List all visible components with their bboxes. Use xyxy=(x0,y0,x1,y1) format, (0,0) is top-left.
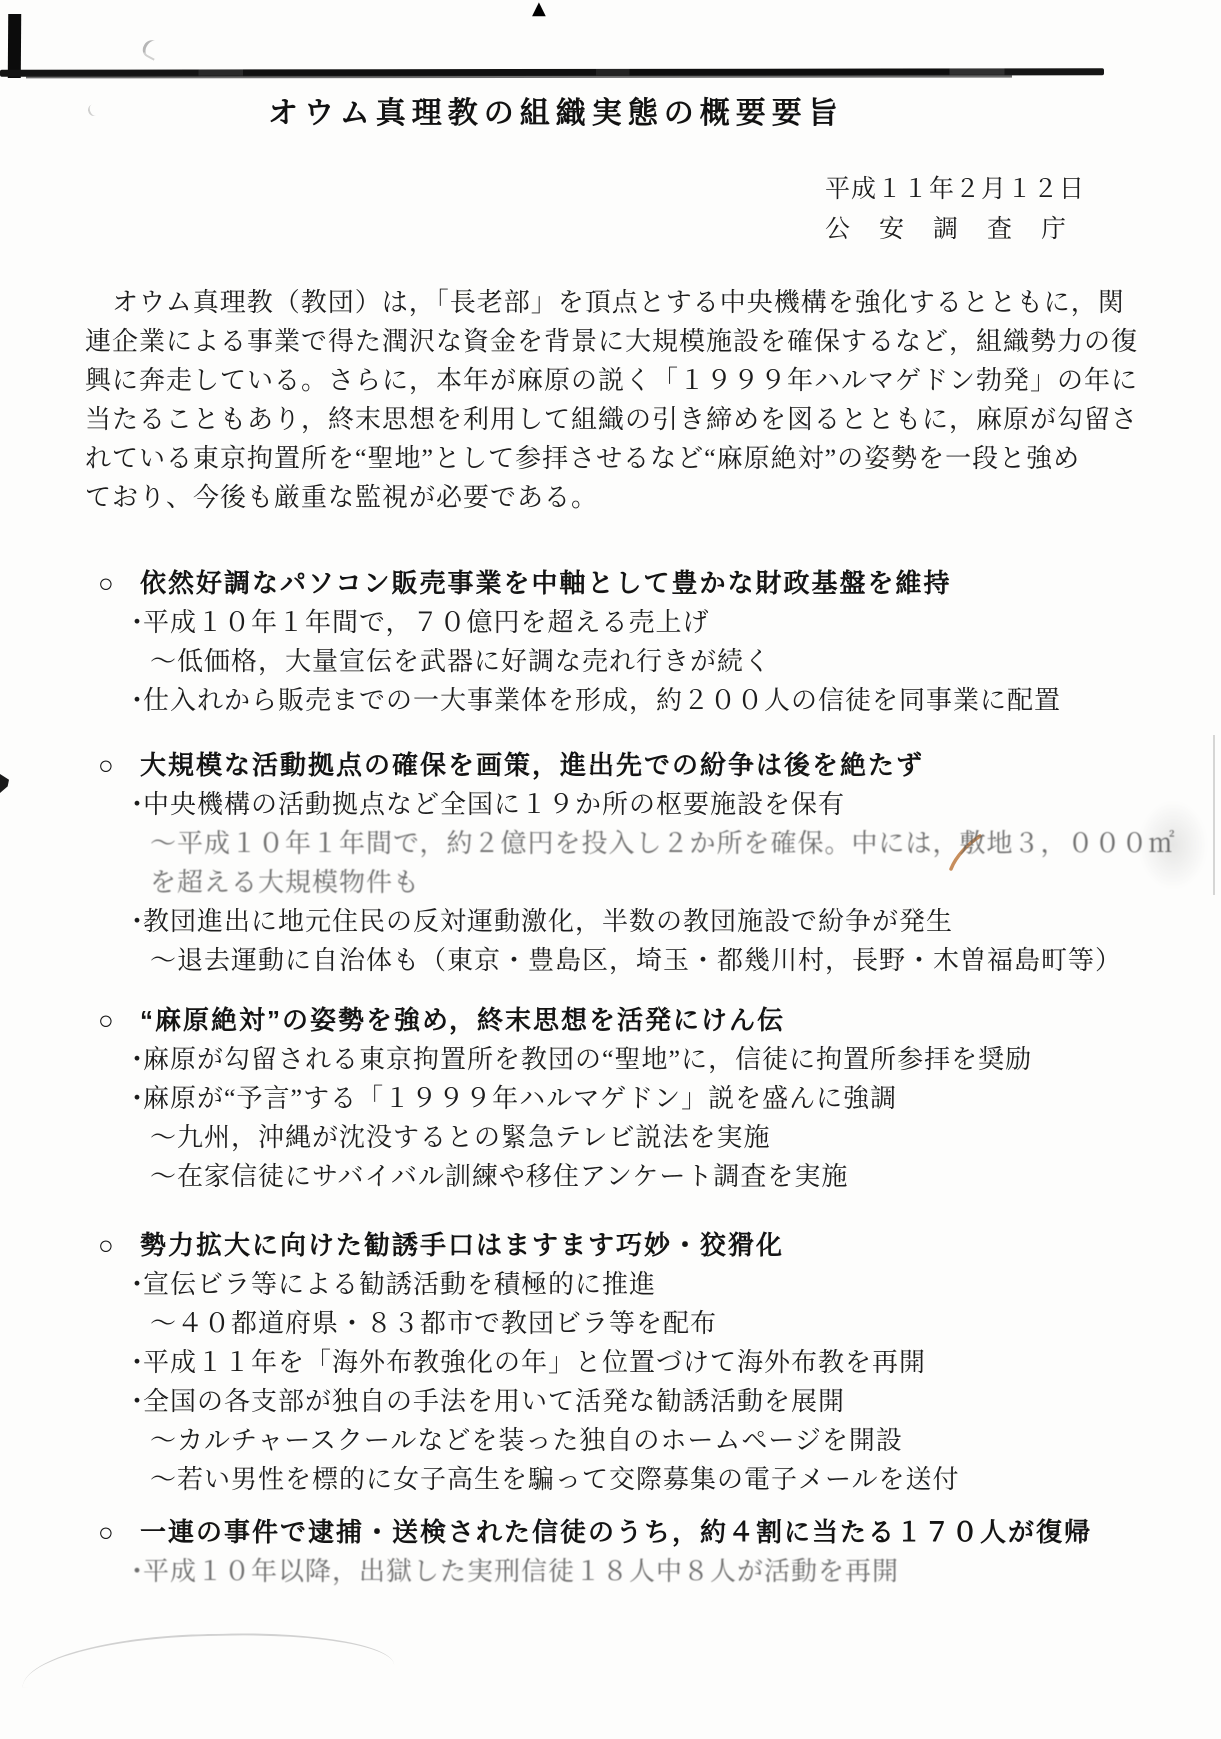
section-heading: ○大規模な活動拠点の確保を画策，進出先での紛争は後を絶たず xyxy=(98,745,1183,785)
section-heading: ○“麻原絶対”の姿勢を強め，終末思想を活発にけん伝 xyxy=(98,1000,1183,1040)
item-text: を超える大規模物件も xyxy=(150,868,420,897)
section-bullet-circle-icon: ○ xyxy=(98,1000,114,1040)
item-bullet-icon: ・ xyxy=(124,785,151,824)
item-bullet-icon: ・ xyxy=(124,1265,151,1304)
section-heading-text: 大規模な活動拠点の確保を画策，進出先での紛争は後を絶たず xyxy=(140,750,924,780)
section-item: ・麻原が“予言”する「１９９９年ハルマゲドン」説を盛んに強調 xyxy=(98,1079,1183,1118)
section-item: ～退去運動に自治体も（東京・豊島区，埼玉・都幾川村，長野・木曽福島町等） xyxy=(98,941,1183,980)
item-bullet-icon: ・ xyxy=(124,681,151,720)
item-bullet-icon: ・ xyxy=(124,1343,151,1382)
section-bullet-circle-icon: ○ xyxy=(98,1225,114,1265)
section-2: ○大規模な活動拠点の確保を画策，進出先での紛争は後を絶たず・中央機構の活動拠点な… xyxy=(98,745,1183,980)
section-item: ・麻原が勾留される東京拘置所を教団の“聖地”に，信徒に拘置所参拝を奨励 xyxy=(98,1040,1183,1079)
item-text: 麻原が“予言”する「１９９９年ハルマゲドン」説を盛んに強調 xyxy=(143,1084,897,1113)
issuing-agency: 公 安 調 査 庁 xyxy=(825,210,1085,250)
scan-speck-mark xyxy=(140,37,163,60)
section-item: ・平成１１年を「海外布教強化の年」と位置づけて海外布教を再開 xyxy=(98,1343,1183,1382)
section-heading: ○勢力拡大に向けた勧誘手口はますます巧妙・狡猾化 xyxy=(98,1225,1183,1265)
item-text: ～在家信徒にサバイバル訓練や移住アンケート調査を実施 xyxy=(150,1162,848,1191)
document-title: オウム真理教の組織実態の概要要旨 xyxy=(268,88,844,132)
scan-crease-arc xyxy=(22,1630,395,1688)
section-item: ・宣伝ビラ等による勧誘活動を積極的に推進 xyxy=(98,1265,1183,1304)
section-item: ・仕入れから販売までの一大事業体を形成，約２００人の信徒を同事業に配置 xyxy=(98,681,1183,720)
section-heading: ○依然好調なパソコン販売事業を中軸として豊かな財政基盤を維持 xyxy=(98,563,1183,603)
intro-line: オウム真理教（教団）は，「長老部」を頂点とする中央機構を強化するとともに，関 xyxy=(85,283,1155,322)
section-item: ～カルチャースクールなどを装った独自のホームページを開設 xyxy=(98,1421,1183,1460)
document-meta: 平成１１年２月１２日 公 安 調 査 庁 xyxy=(825,170,1085,250)
scan-edge-streak xyxy=(1213,735,1215,895)
registration-triangle-icon: ▲ xyxy=(532,0,546,18)
intro-line: れている東京拘置所を“聖地”として参拝させるなど“麻原絶対”の姿勢を一段と強め xyxy=(85,439,1155,478)
item-text: 仕入れから販売までの一大事業体を形成，約２００人の信徒を同事業に配置 xyxy=(143,686,1061,715)
section-item: ・平成１０年以降，出獄した実刑信徒１８人中８人が活動を再開 xyxy=(98,1552,1183,1591)
section-item: ・平成１０年１年間で，７０億円を超える売上げ xyxy=(98,603,1183,642)
document-date: 平成１１年２月１２日 xyxy=(825,170,1085,210)
section-item: ・全国の各支部が独自の手法を用いて活発な勧誘活動を展開 xyxy=(98,1382,1183,1421)
item-text: 麻原が勾留される東京拘置所を教団の“聖地”に，信徒に拘置所参拝を奨励 xyxy=(143,1045,1032,1074)
section-item: ～在家信徒にサバイバル訓練や移住アンケート調査を実施 xyxy=(98,1157,1183,1196)
intro-line: 当たることもあり，終末思想を利用して組織の引き締めを図るとともに，麻原が勾留さ xyxy=(85,400,1155,439)
item-text: ～低価格，大量宣伝を武器に好調な売れ行きが続く xyxy=(150,647,771,676)
section-3: ○“麻原絶対”の姿勢を強め，終末思想を活発にけん伝・麻原が勾留される東京拘置所を… xyxy=(98,1000,1183,1196)
item-bullet-icon: ・ xyxy=(124,902,151,941)
intro-line: ており、今後も厳重な監視が必要である。 xyxy=(85,478,1155,517)
section-heading: ○一連の事件で逮捕・送検された信徒のうち，約４割に当たる１７０人が復帰 xyxy=(98,1512,1183,1552)
section-item: を超える大規模物件も xyxy=(98,863,1183,902)
section-bullet-circle-icon: ○ xyxy=(98,1512,114,1552)
section-heading-text: 勢力拡大に向けた勧誘手口はますます巧妙・狡猾化 xyxy=(140,1230,784,1260)
scanned-document-page: ▲ オウム真理教の組織実態の概要要旨 平成１１年２月１２日 公 安 調 査 庁 … xyxy=(0,0,1221,1739)
intro-paragraph: オウム真理教（教団）は，「長老部」を頂点とする中央機構を強化するとともに，関連企… xyxy=(85,283,1155,517)
item-bullet-icon: ・ xyxy=(124,1040,151,1079)
intro-line: 興に奔走している。さらに，本年が麻原の説く「１９９９年ハルマゲドン勃発」の年に xyxy=(85,361,1155,400)
scan-speck-mark-small xyxy=(86,102,101,117)
section-item: ～低価格，大量宣伝を武器に好調な売れ行きが続く xyxy=(98,642,1183,681)
item-text: 教団進出に地元住民の反対運動激化，半数の教団施設で紛争が発生 xyxy=(143,907,953,936)
item-text: 平成１１年を「海外布教強化の年」と位置づけて海外布教を再開 xyxy=(143,1348,926,1377)
item-bullet-icon: ・ xyxy=(124,1552,151,1591)
item-text: ～九州，沖縄が沈没するとの緊急テレビ説法を実施 xyxy=(150,1123,770,1152)
scan-edge-artifact-corner xyxy=(8,14,21,78)
section-item: ～九州，沖縄が沈没するとの緊急テレビ説法を実施 xyxy=(98,1118,1183,1157)
item-text: ～平成１０年１年間で，約２億円を投入し２か所を確保。中には，敷地３，０００㎡ xyxy=(150,829,1175,858)
item-text: ～若い男性を標的に女子高生を騙って交際募集の電子メールを送付 xyxy=(150,1465,959,1494)
item-text: 中央機構の活動拠点など全国に１９か所の枢要施設を保有 xyxy=(143,790,845,819)
item-text: 平成１０年以降，出獄した実刑信徒１８人中８人が活動を再開 xyxy=(143,1557,899,1586)
scan-edge-artifact-bar-secondary xyxy=(26,75,1012,79)
section-item: ・教団進出に地元住民の反対運動激化，半数の教団施設で紛争が発生 xyxy=(98,902,1183,941)
item-text: 全国の各支部が独自の手法を用いて活発な勧誘活動を展開 xyxy=(143,1387,845,1416)
item-text: ～カルチャースクールなどを装った独自のホームページを開設 xyxy=(150,1426,903,1455)
item-bullet-icon: ・ xyxy=(124,1382,151,1421)
section-item: ～若い男性を標的に女子高生を騙って交際募集の電子メールを送付 xyxy=(98,1460,1183,1499)
section-item: ～４０都道府県・８３都市で教団ビラ等を配布 xyxy=(98,1304,1183,1343)
left-margin-mark xyxy=(0,774,9,793)
section-5: ○一連の事件で逮捕・送検された信徒のうち，約４割に当たる１７０人が復帰・平成１０… xyxy=(98,1512,1183,1591)
item-text: 宣伝ビラ等による勧誘活動を積極的に推進 xyxy=(143,1270,656,1299)
section-heading-text: “麻原絶対”の姿勢を強め，終末思想を活発にけん伝 xyxy=(140,1005,785,1035)
item-text: ～４０都道府県・８３都市で教団ビラ等を配布 xyxy=(150,1309,717,1338)
intro-line: 連企業による事業で得た潤沢な資金を背景に大規模施設を確保するなど，組織勢力の復 xyxy=(85,322,1155,361)
section-item: ～平成１０年１年間で，約２億円を投入し２か所を確保。中には，敷地３，０００㎡ xyxy=(98,824,1183,863)
section-4: ○勢力拡大に向けた勧誘手口はますます巧妙・狡猾化・宣伝ビラ等による勧誘活動を積極… xyxy=(98,1225,1183,1499)
section-heading-text: 一連の事件で逮捕・送検された信徒のうち，約４割に当たる１７０人が復帰 xyxy=(140,1517,1092,1547)
section-bullet-circle-icon: ○ xyxy=(98,563,114,603)
item-text: ～退去運動に自治体も（東京・豊島区，埼玉・都幾川村，長野・木曽福島町等） xyxy=(150,946,1122,975)
section-item: ・中央機構の活動拠点など全国に１９か所の枢要施設を保有 xyxy=(98,785,1183,824)
item-bullet-icon: ・ xyxy=(124,1079,151,1118)
section-bullet-circle-icon: ○ xyxy=(98,745,114,785)
section-heading-text: 依然好調なパソコン販売事業を中軸として豊かな財政基盤を維持 xyxy=(140,568,951,598)
item-text: 平成１０年１年間で，７０億円を超える売上げ xyxy=(143,608,709,637)
section-1: ○依然好調なパソコン販売事業を中軸として豊かな財政基盤を維持・平成１０年１年間で… xyxy=(98,563,1183,720)
item-bullet-icon: ・ xyxy=(124,603,151,642)
